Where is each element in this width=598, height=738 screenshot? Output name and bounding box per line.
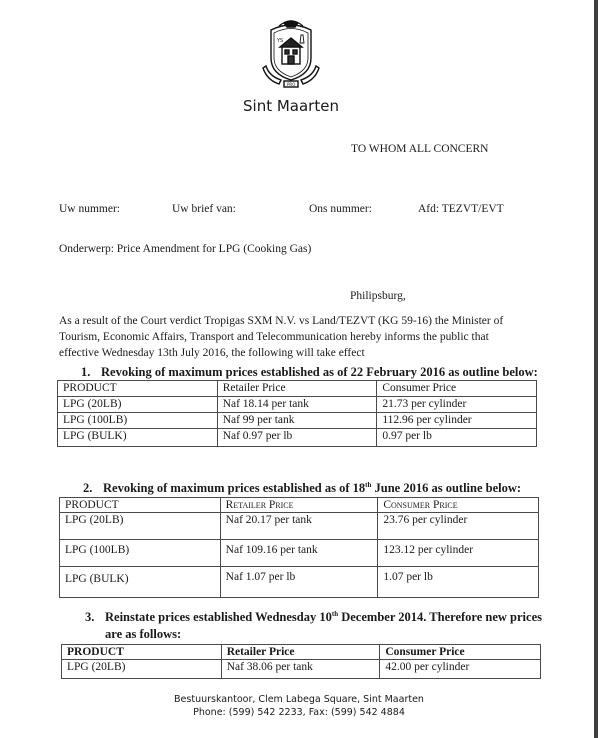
price-table-3: PRODUCT Retailer Price Consumer Price LP… <box>61 644 541 679</box>
reference-uw-nummer: Uw nummer: <box>59 203 120 215</box>
section-3-title-line2: are as follows: <box>105 627 181 642</box>
price-table-1: PRODUCT Retailer Price Consumer Price LP… <box>57 380 537 447</box>
price-table-2: PRODUCT Retailer Price Consumer Price LP… <box>59 497 539 598</box>
table-row: LPG (100LB) Naf 109.16 per tank 123.12 p… <box>60 540 539 567</box>
section-2-title: 2.Revoking of maximum prices established… <box>83 481 521 496</box>
intro-paragraph: As a result of the Court verdict Tropiga… <box>59 313 519 361</box>
place-line: Philipsburg, <box>350 290 406 302</box>
organization-name: Sint Maarten <box>0 97 582 115</box>
svg-text:YS: YS <box>276 38 283 44</box>
section-3-title: 3.Reinstate prices established Wednesday… <box>85 610 542 625</box>
addressee: TO WHOM ALL CONCERN <box>351 143 488 155</box>
table-header-row: PRODUCT Retailer Price Consumer Price <box>62 645 541 660</box>
reference-afdeling: Afd: TEZVT/EVT <box>418 203 504 215</box>
table-row: LPG (20LB) Naf 38.06 per tank 42.00 per … <box>62 660 541 679</box>
footer-contact: Bestuurskantoor, Clem Labega Square, Sin… <box>0 693 598 719</box>
subject-line: Onderwerp: Price Amendment for LPG (Cook… <box>59 243 311 255</box>
footer-phone-fax: Phone: (599) 542 2233, Fax: (599) 542 48… <box>0 706 598 719</box>
reference-uw-brief-van: Uw brief van: <box>172 203 236 215</box>
table-row: LPG (20LB) Naf 18.14 per tank 21.73 per … <box>58 397 537 413</box>
table-row: LPG (BULK) Naf 0.97 per lb 0.97 per lb <box>58 429 537 447</box>
section-1-title: 1.Revoking of maximum prices established… <box>81 365 538 380</box>
table-row: LPG (BULK) Naf 1.07 per lb 1.07 per lb <box>60 567 539 598</box>
footer-address: Bestuurskantoor, Clem Labega Square, Sin… <box>0 693 598 706</box>
page-edge-band <box>594 0 598 738</box>
table-header-row: PRODUCT Retailer Price Consumer Price <box>58 381 537 397</box>
table-header-row: PRODUCT Retailer Price Consumer Price <box>60 498 539 513</box>
reference-ons-nummer: Ons nummer: <box>309 203 372 215</box>
table-row: LPG (20LB) Naf 20.17 per tank 23.76 per … <box>60 513 539 540</box>
svg-text:PRO: PRO <box>287 82 295 87</box>
coat-of-arms-icon: YS PRO <box>257 18 325 90</box>
table-row: LPG (100LB) Naf 99 per tank 112.96 per c… <box>58 413 537 429</box>
